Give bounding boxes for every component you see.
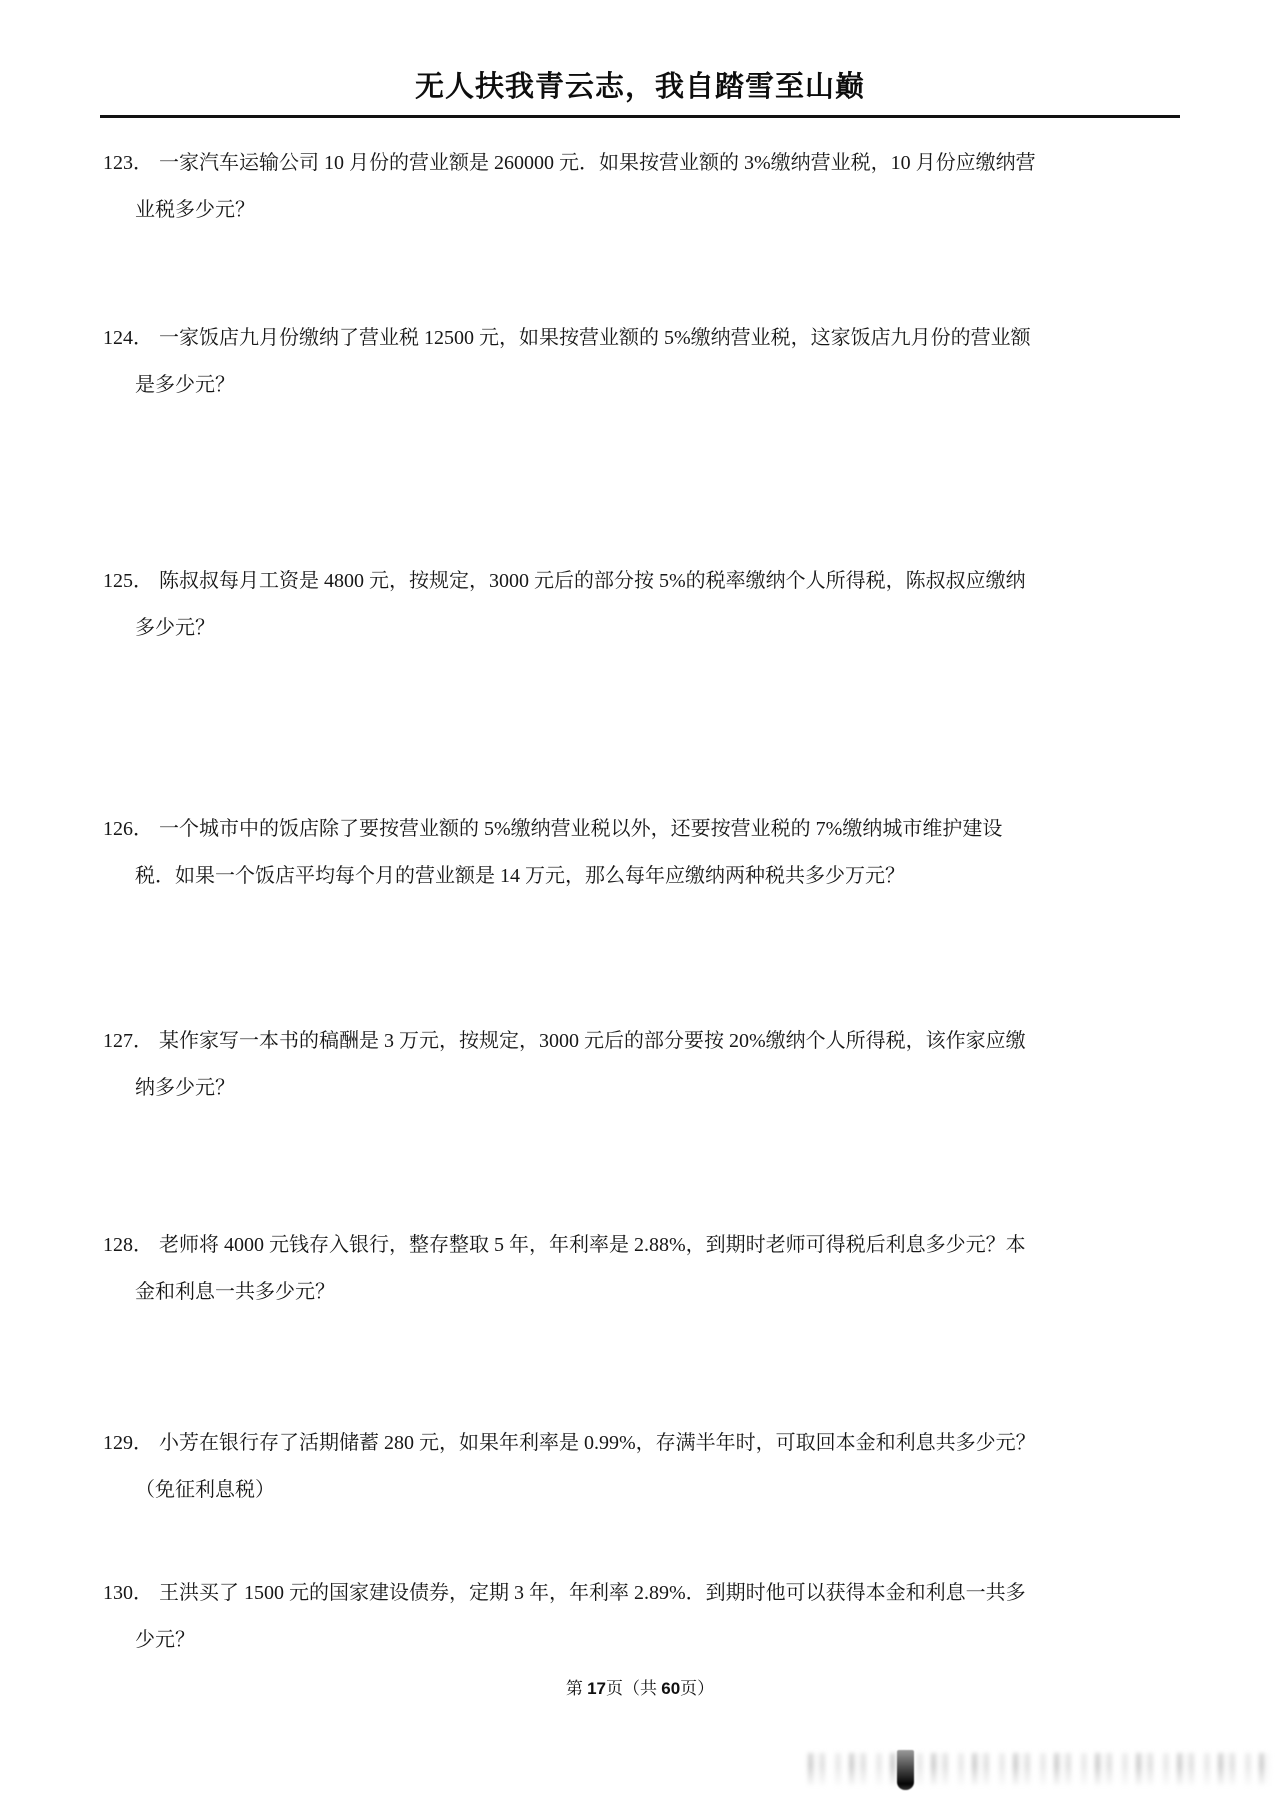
problem-text: 陈叔叔每月工资是 4800 元，按规定，3000 元后的部分按 5%的税率缴纳个… <box>159 570 1026 592</box>
page-footer: 第 17页（共 60页） <box>0 1676 1280 1702</box>
watermark-dark-bar <box>897 1750 914 1790</box>
footer-text: 第 <box>566 1679 587 1698</box>
problem-line: 128．老师将 4000 元钱存入银行，整存整取 5 年，年利率是 2.88%，… <box>103 1222 1210 1269</box>
problem-text: 多少元？ <box>103 605 1210 652</box>
problem-text: 一家饭店九月份缴纳了营业税 12500 元，如果按营业额的 5%缴纳营业税，这家… <box>159 327 1031 349</box>
problem-123: 123．一家汽车运输公司 10 月份的营业额是 260000 元．如果按营业额的… <box>103 140 1210 234</box>
problem-line: 126．一个城市中的饭店除了要按营业额的 5%缴纳营业税以外，还要按营业税的 7… <box>103 806 1210 853</box>
watermark-smudge <box>808 1753 1270 1785</box>
problem-text: 小芳在银行存了活期储蓄 280 元，如果年利率是 0.99%，存满半年时，可取回… <box>159 1432 1036 1454</box>
problem-line: 124．一家饭店九月份缴纳了营业税 12500 元，如果按营业额的 5%缴纳营业… <box>103 315 1210 362</box>
problem-number: 130． <box>103 1570 153 1617</box>
problem-text: 老师将 4000 元钱存入银行，整存整取 5 年，年利率是 2.88%，到期时老… <box>159 1234 1026 1256</box>
total-pages: 60 <box>661 1679 680 1698</box>
problem-text: 王洪买了 1500 元的国家建设债券，定期 3 年，年利率 2.89%．到期时他… <box>159 1582 1026 1604</box>
problem-text: 一个城市中的饭店除了要按营业额的 5%缴纳营业税以外，还要按营业税的 7%缴纳城… <box>159 818 1002 840</box>
problem-129: 129．小芳在银行存了活期储蓄 280 元，如果年利率是 0.99%，存满半年时… <box>103 1420 1210 1514</box>
problem-127: 127．某作家写一本书的稿酬是 3 万元，按规定，3000 元后的部分要按 20… <box>103 1018 1210 1112</box>
problem-128: 128．老师将 4000 元钱存入银行，整存整取 5 年，年利率是 2.88%，… <box>103 1222 1210 1316</box>
problem-line: 125．陈叔叔每月工资是 4800 元，按规定，3000 元后的部分按 5%的税… <box>103 558 1210 605</box>
problem-text: 纳多少元？ <box>103 1065 1210 1112</box>
problem-line: 123．一家汽车运输公司 10 月份的营业额是 260000 元．如果按营业额的… <box>103 140 1210 187</box>
problem-130: 130．王洪买了 1500 元的国家建设债券，定期 3 年，年利率 2.89%．… <box>103 1570 1210 1664</box>
problem-text: 某作家写一本书的稿酬是 3 万元，按规定，3000 元后的部分要按 20%缴纳个… <box>159 1030 1026 1052</box>
problem-number: 126． <box>103 806 153 853</box>
problem-text: 税．如果一个饭店平均每个月的营业额是 14 万元，那么每年应缴纳两种税共多少万元… <box>103 853 1210 900</box>
problem-text: 是多少元？ <box>103 362 1210 409</box>
problem-number: 124． <box>103 315 153 362</box>
problem-line: 129．小芳在银行存了活期储蓄 280 元，如果年利率是 0.99%，存满半年时… <box>103 1420 1210 1467</box>
problem-number: 128． <box>103 1222 153 1269</box>
page-number: 17 <box>587 1679 606 1698</box>
problem-text: 金和利息一共多少元？ <box>103 1269 1210 1316</box>
problem-text: 一家汽车运输公司 10 月份的营业额是 260000 元．如果按营业额的 3%缴… <box>159 152 1036 174</box>
problem-text: （免征利息税） <box>103 1467 1210 1514</box>
problem-number: 129． <box>103 1420 153 1467</box>
problem-text: 少元？ <box>103 1617 1210 1664</box>
page-title: 无人扶我青云志，我自踏雪至山巅 <box>0 64 1280 110</box>
problem-number: 125． <box>103 558 153 605</box>
problem-number: 127． <box>103 1018 153 1065</box>
problem-126: 126．一个城市中的饭店除了要按营业额的 5%缴纳营业税以外，还要按营业税的 7… <box>103 806 1210 900</box>
problem-number: 123． <box>103 140 153 187</box>
footer-text: 页） <box>680 1679 714 1698</box>
footer-text: 页（共 <box>606 1679 661 1698</box>
problem-line: 130．王洪买了 1500 元的国家建设债券，定期 3 年，年利率 2.89%．… <box>103 1570 1210 1617</box>
problem-124: 124．一家饭店九月份缴纳了营业税 12500 元，如果按营业额的 5%缴纳营业… <box>103 315 1210 409</box>
problem-line: 127．某作家写一本书的稿酬是 3 万元，按规定，3000 元后的部分要按 20… <box>103 1018 1210 1065</box>
document-page: 无人扶我青云志，我自踏雪至山巅 123．一家汽车运输公司 10 月份的营业额是 … <box>0 0 1280 1809</box>
problem-125: 125．陈叔叔每月工资是 4800 元，按规定，3000 元后的部分按 5%的税… <box>103 558 1210 652</box>
problem-text: 业税多少元？ <box>103 187 1210 234</box>
header-divider <box>100 115 1180 118</box>
